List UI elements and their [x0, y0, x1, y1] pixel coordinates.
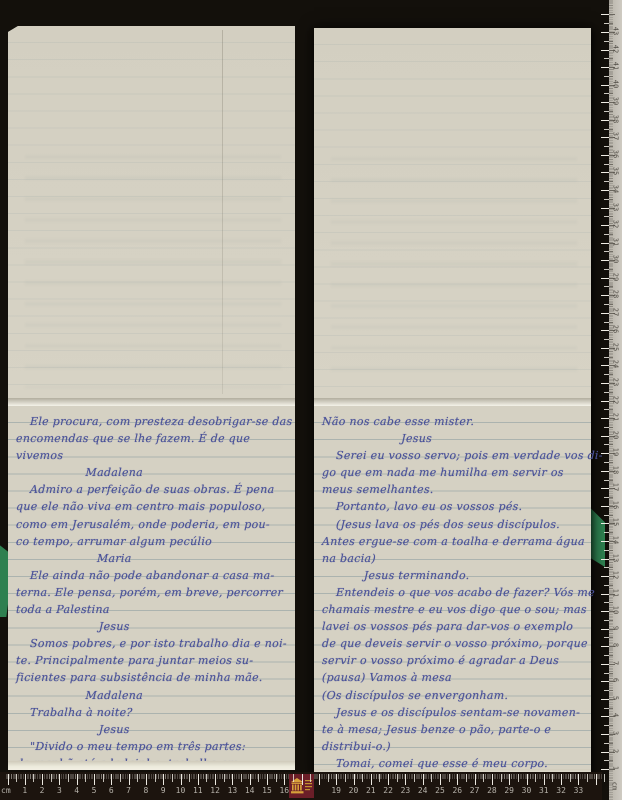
ruler-number: 6 [104, 786, 118, 795]
right-page-blank-area [314, 28, 591, 398]
manuscript-line: Somos pobres, e por isto trabalho dia e … [16, 635, 290, 652]
ruler-number: 26 [450, 786, 464, 795]
ruler-number: 38 [612, 111, 620, 126]
ruler-number: 19 [612, 445, 620, 460]
manuscript-line: Jesus [322, 430, 512, 447]
manuscript-line: Jesus [16, 721, 213, 738]
ruler-number: 34 [612, 181, 620, 196]
ruler-number: 29 [502, 786, 516, 795]
manuscript-line: vivemos [16, 447, 290, 464]
ruler-number: 42 [612, 41, 620, 56]
ruler-number: 15 [260, 786, 274, 795]
ruler-number: 3 [52, 786, 66, 795]
left-page-lines: Ele procura, com presteza desobrigar-se … [8, 406, 295, 761]
manuscript-line: terna. Ele pensa, porém, em breve, perco… [16, 584, 290, 601]
manuscript-line: (Jesus lava os pés dos seus discípulos. [322, 516, 586, 533]
ruler-number: 5 [612, 690, 620, 705]
ruler-number: 1 [612, 761, 620, 776]
ruler-number: 7 [122, 786, 136, 795]
ruler-number: 14 [612, 532, 620, 547]
manuscript-line: Entendeis o que vos acabo de fazer? Vós … [322, 584, 586, 601]
ruler-number: 15 [612, 515, 620, 530]
left-page: Ele procura, com presteza desobrigar-se … [8, 26, 295, 770]
ruler-number: 32 [612, 217, 620, 232]
manuscript-line: Serei eu vosso servo; pois em verdade vo… [322, 447, 586, 464]
manuscript-line: distribui-o.) [322, 738, 586, 755]
manuscript-line: encomendas que se lhe fazem. É de que [16, 430, 290, 447]
ruler-number: 33 [571, 786, 585, 795]
manuscript-line: (pausa) Vamos à mesa [322, 669, 586, 686]
ruler-number: 7 [612, 655, 620, 670]
ruler-number: 9 [156, 786, 170, 795]
ruler-number: 2 [35, 786, 49, 795]
sheet-edge [314, 398, 591, 406]
ruler-number: 13 [225, 786, 239, 795]
ruler-number: 29 [612, 269, 620, 284]
ruler-number: 25 [612, 339, 620, 354]
ruler-number: 23 [398, 786, 412, 795]
manuscript-line: Madalena [16, 464, 213, 481]
left-page-blank-area [8, 26, 295, 398]
ruler-number: 13 [612, 550, 620, 565]
manuscript-line: te. Principalmente para juntar meios su- [16, 652, 290, 669]
ruler-number: 19 [329, 786, 343, 795]
manuscript-line: Admiro a perfeição de suas obras. É pena [16, 481, 290, 498]
ruler-number: 10 [612, 603, 620, 618]
ruler-number: 30 [612, 252, 620, 267]
ruler-number: 16 [277, 786, 291, 795]
ruler-number: 25 [433, 786, 447, 795]
ruler-unit-label: cm [1, 786, 11, 795]
manuscript-line: toda a Palestina [16, 601, 290, 618]
ruler-number: 37 [612, 129, 620, 144]
manuscript-line: chamais mestre e eu vos digo que o sou; … [322, 601, 586, 618]
ruler-number: 2 [612, 743, 620, 758]
manuscript-line: lavei os vossos pés para dar-vos o exemp… [322, 618, 586, 635]
ruler-number: 27 [468, 786, 482, 795]
right-page: Não nos cabe esse mister.JesusSerei eu v… [314, 28, 591, 778]
manuscript-line: Jesus e os discípulos sentam-se novamen- [322, 704, 586, 721]
manuscript-line: Tomai, comei que esse é meu corpo. [322, 755, 586, 772]
manuscript-line: Maria [16, 550, 213, 567]
ruler-number: 40 [612, 76, 620, 91]
ruler-number: 11 [612, 585, 620, 600]
manuscript-line: como em Jerusalém, onde poderia, em pou- [16, 516, 290, 533]
ruler-number: 4 [612, 708, 620, 723]
ruler-number: 36 [612, 146, 620, 161]
ruler-unit-label: cm [611, 779, 619, 794]
ruler-number: 16 [612, 497, 620, 512]
ruler-number: 17 [612, 480, 620, 495]
ruler-number: 39 [612, 94, 620, 109]
manuscript-line: Madalena [16, 687, 213, 704]
ruler-number: 8 [612, 638, 620, 653]
vertical-ruler: cm 4342414039383736353433323130292827262… [600, 0, 622, 800]
ink-bleed-through [331, 148, 578, 388]
manuscript-line: ficientes para subsistência de minha mãe… [16, 669, 290, 686]
manuscript-line: na bacia) [322, 550, 586, 567]
manuscript-line: Ele ainda não pode abandonar a casa ma- [16, 567, 290, 584]
page-crease [222, 30, 223, 394]
ruler-number: 28 [485, 786, 499, 795]
ruler-number: 28 [612, 287, 620, 302]
manuscript-line: servir o vosso próximo é agradar a Deus [322, 652, 586, 669]
ruler-number: 21 [364, 786, 378, 795]
manuscript-line: Jesus [16, 618, 213, 635]
ruler-number: 8 [139, 786, 153, 795]
ruler-number: 43 [612, 24, 620, 39]
ruler-number: 10 [174, 786, 188, 795]
right-page-lines: Não nos cabe esse mister.JesusSerei eu v… [314, 406, 591, 769]
horizontal-ruler: cm 1234567891011121314151619202122232425… [0, 772, 602, 800]
ruler-number: 41 [612, 59, 620, 74]
manuscript-line: de que deveis servir o vosso próximo, po… [322, 635, 586, 652]
ruler-number: 23 [612, 375, 620, 390]
sheet-edge [8, 398, 295, 406]
manuscript-line: go que em nada me humilha em servir os [322, 464, 586, 481]
manuscript-line: Trabalha à noite? [16, 704, 290, 721]
ruler-number: 6 [612, 673, 620, 688]
ruler-number: 22 [612, 392, 620, 407]
ruler-number: 11 [191, 786, 205, 795]
ruler-number: 31 [612, 234, 620, 249]
ruler-number: 20 [612, 427, 620, 442]
ruler-number: 26 [612, 322, 620, 337]
manuscript-line: Portanto, lavo eu os vossos pés. [322, 498, 586, 515]
ruler-number: 14 [243, 786, 257, 795]
ruler-number: 22 [381, 786, 395, 795]
ruler-number: 20 [347, 786, 361, 795]
ink-bleed-through [25, 146, 280, 388]
manuscript-line: Antes ergue-se com a toalha e derrama ág… [322, 533, 586, 550]
ruler-number: 24 [612, 357, 620, 372]
ruler-number: 21 [612, 410, 620, 425]
ruler-number: 30 [520, 786, 534, 795]
manuscript-line: (Os discípulos se envergonham. [322, 687, 586, 704]
manuscript-line: de manhã até a ladainha, trabalho em [16, 755, 290, 772]
manuscript-line: Não nos cabe esse mister. [322, 413, 586, 430]
ruler-number: 27 [612, 304, 620, 319]
ruler-number: 1 [18, 786, 32, 795]
manuscript-line: Jesus terminando. [322, 567, 512, 584]
manuscript-line: te à mesa; Jesus benze o pão, parte-o e [322, 721, 586, 738]
manuscript-line: que ele não viva em centro mais populoso… [16, 498, 290, 515]
scan-background: Ele procura, com presteza desobrigar-se … [0, 0, 622, 800]
ruler-number: 12 [208, 786, 222, 795]
ruler-number: 24 [416, 786, 430, 795]
ruler-number: 3 [612, 726, 620, 741]
manuscript-line: Ele procura, com presteza desobrigar-se … [16, 413, 290, 430]
ruler-number: 9 [612, 620, 620, 635]
ruler-number: 4 [70, 786, 84, 795]
manuscript-line: meus semelhantes. [322, 481, 586, 498]
manuscript-line: co tempo, arrumar algum pecúlio [16, 533, 290, 550]
ruler-number: 12 [612, 568, 620, 583]
ruler-number: 31 [537, 786, 551, 795]
manuscript-line: "Divido o meu tempo em três partes: [16, 738, 290, 755]
ruler-number: 18 [612, 462, 620, 477]
ruler-number: 33 [612, 199, 620, 214]
ruler-number: 35 [612, 164, 620, 179]
ruler-number: 5 [87, 786, 101, 795]
ruler-number: 32 [554, 786, 568, 795]
